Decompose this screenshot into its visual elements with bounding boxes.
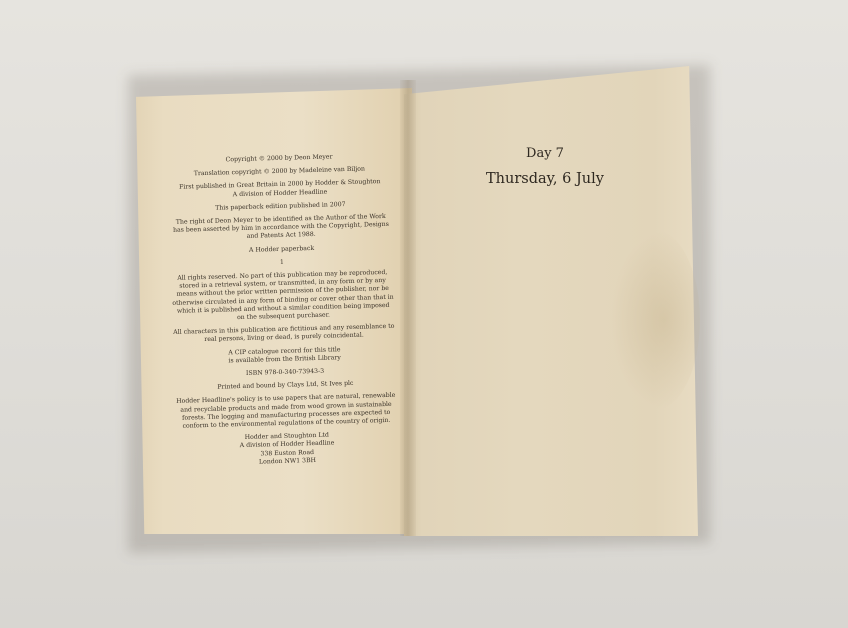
- rights-reserved-paragraph: All rights reserved. No part of this pub…: [171, 269, 394, 324]
- chapter-heading: Day 7 Thursday, 6 July: [470, 146, 620, 187]
- page-stain: [610, 230, 700, 410]
- day-heading: Day 7: [470, 146, 620, 161]
- print-number: 1: [171, 256, 393, 270]
- translation-line: Translation copyright © 2000 by Madelein…: [168, 165, 390, 179]
- open-book: Copyright © 2000 by Deon Meyer Translati…: [0, 0, 848, 628]
- book-gutter: [400, 80, 416, 536]
- paper-policy-paragraph: Hodder Headline's policy is to use paper…: [175, 392, 398, 431]
- date-heading: Thursday, 6 July: [470, 171, 620, 187]
- fiction-notice-paragraph: All characters in this publication are f…: [173, 323, 395, 346]
- copyright-page-text: Copyright © 2000 by Deon Meyer Translati…: [168, 152, 399, 474]
- paperback-edition-line: This paperback edition published in 2007: [169, 200, 391, 214]
- moral-rights-paragraph: The right of Deon Meyer to be identified…: [170, 213, 393, 244]
- isbn-line: ISBN 978-0-340-73943-3: [174, 366, 396, 380]
- imprint-line: A Hodder paperback: [171, 242, 393, 256]
- printed-by-line: Printed and bound by Clays Ltd, St Ives …: [174, 379, 396, 393]
